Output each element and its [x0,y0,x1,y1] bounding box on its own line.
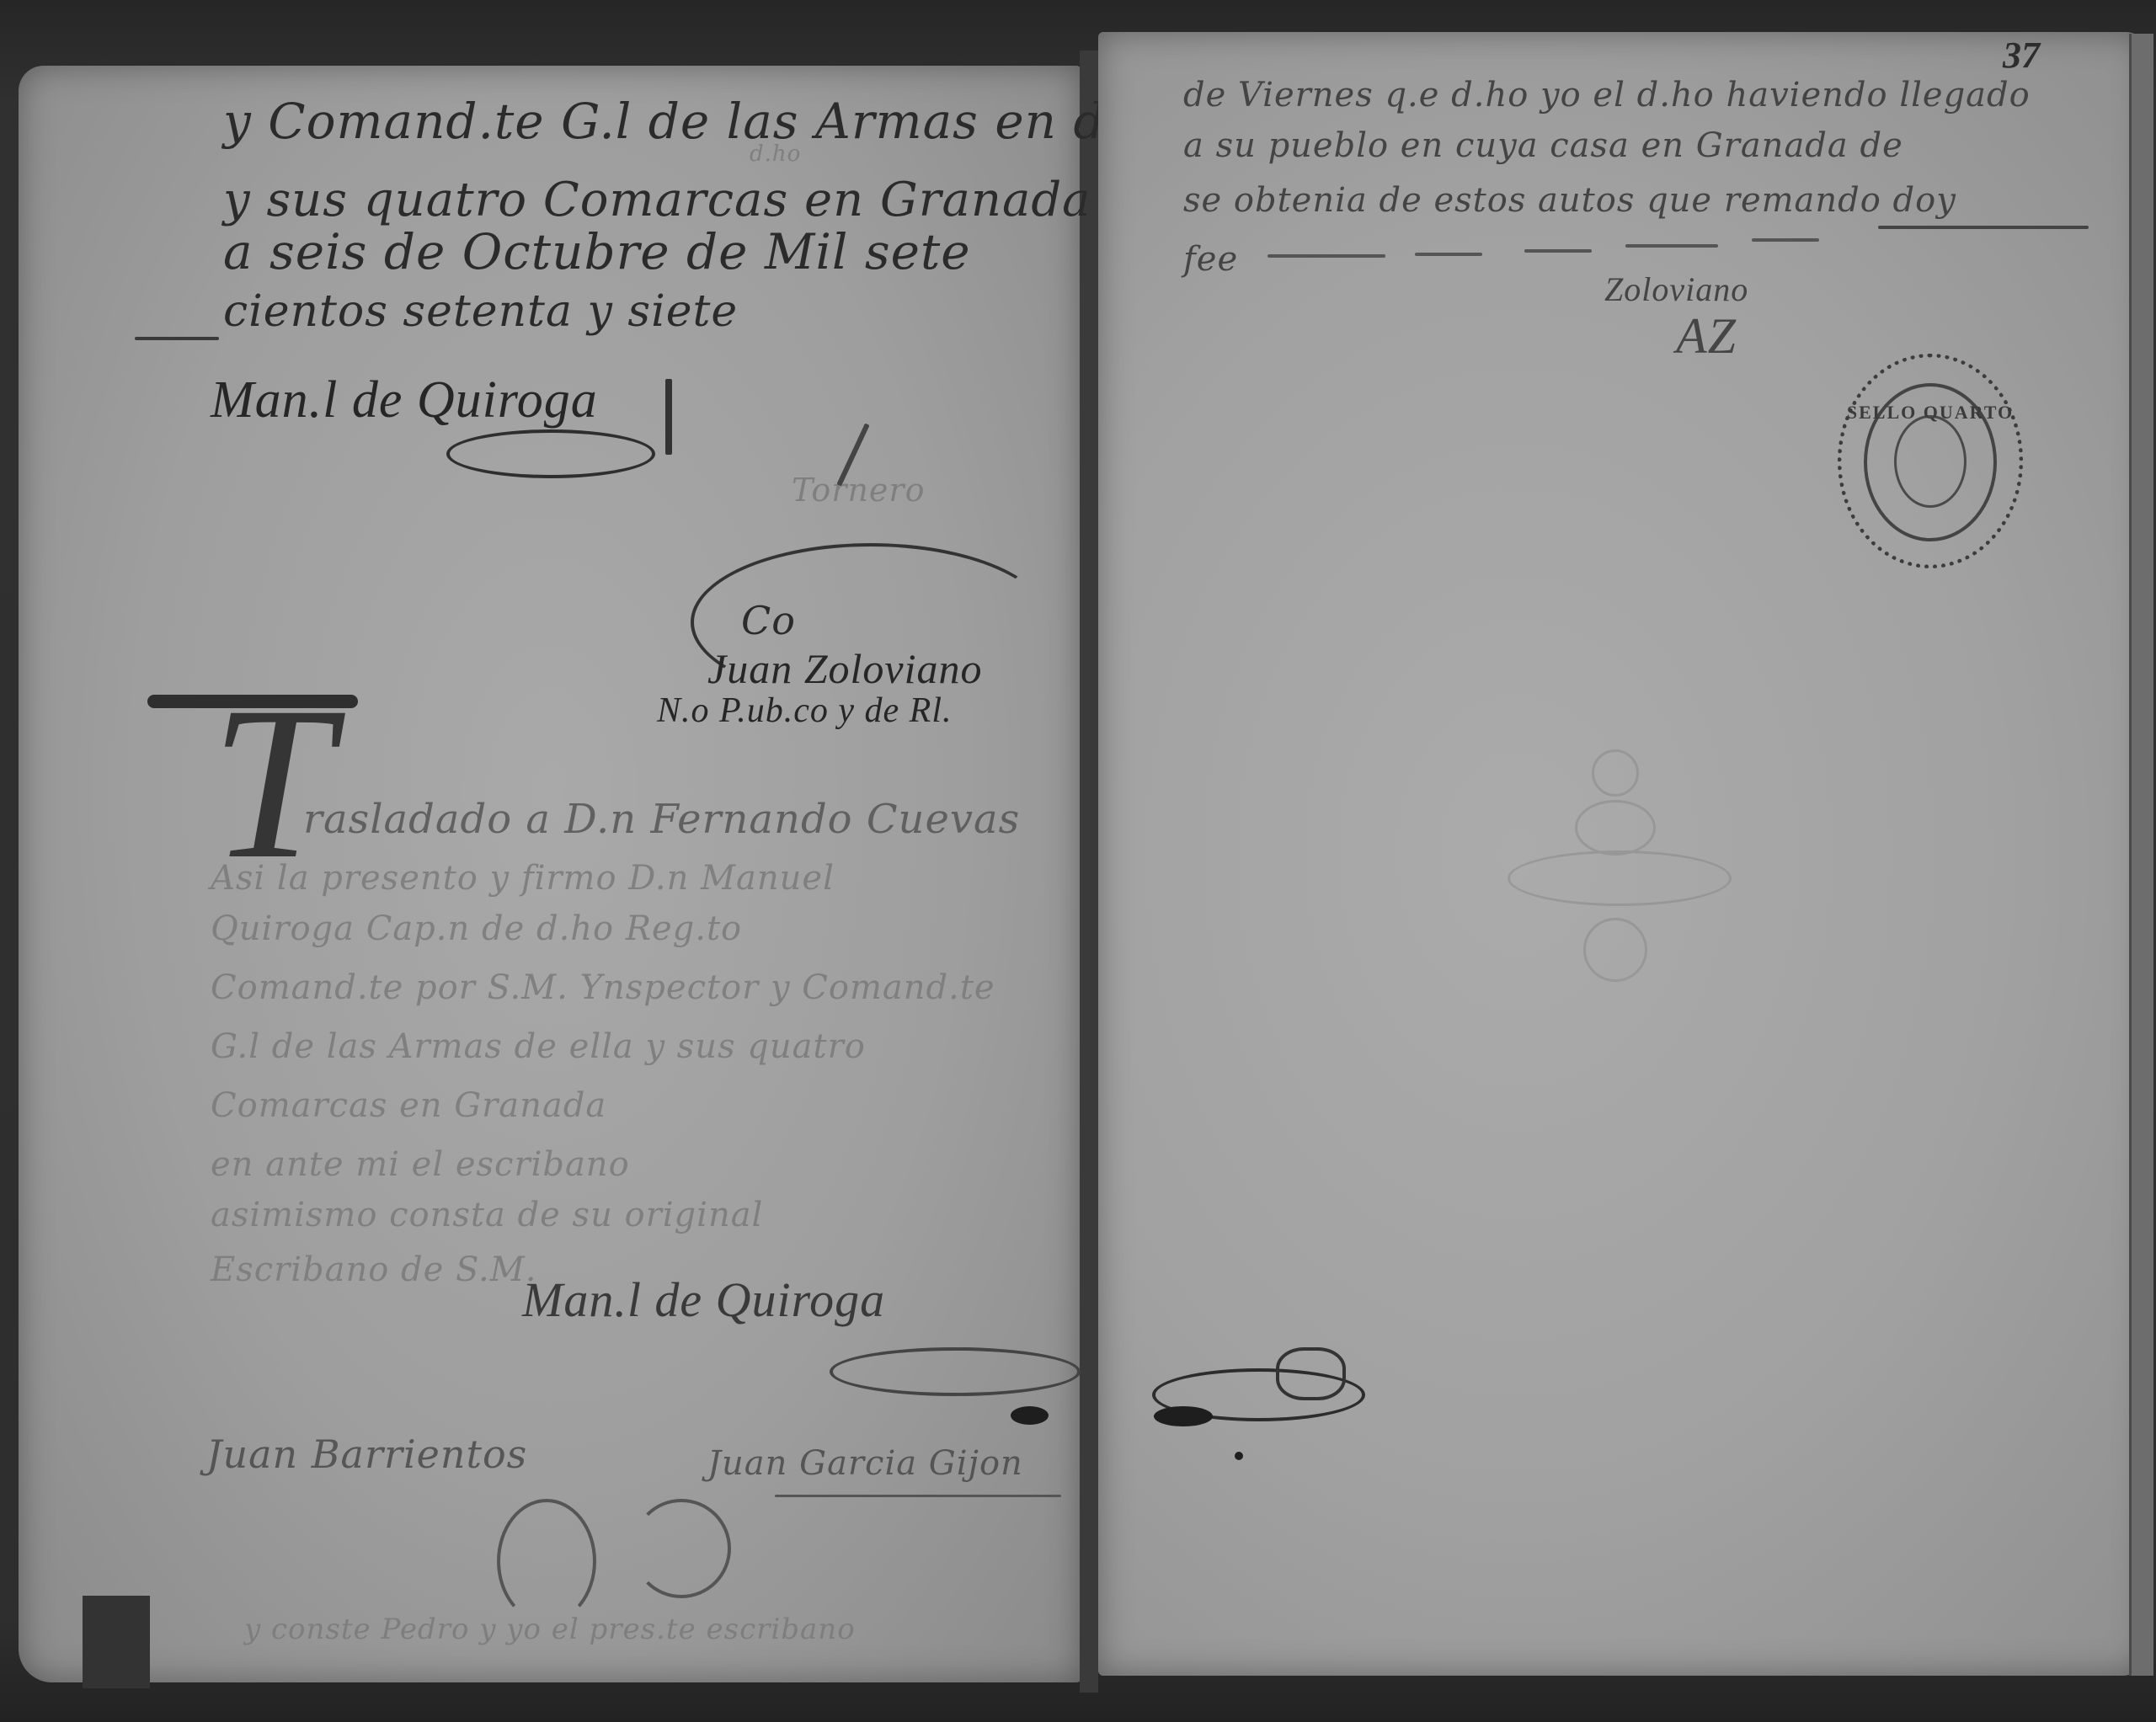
body-line-6: Comarcas en Granada [211,1086,606,1125]
fill-dash-3 [1524,249,1592,253]
right-page-edge [2129,34,2153,1676]
right-text-line-2: a su pueblo en cuya casa en Granada de [1183,126,1903,165]
body-line-7: en ante mi el escribano [211,1145,630,1184]
right-text-line-1: de Viernes q.e d.ho yo el d.ho haviendo … [1183,76,2031,115]
right-initials: AZ [1676,307,1737,365]
page-number: 37 [2003,34,2040,77]
stamp-seal-icon: SELLO QUARTO [1838,354,2023,568]
signature-rule [775,1495,1061,1497]
right-text-line-4: fee [1183,240,1238,279]
rubric-flourish-icon [446,429,655,478]
body-line-3: Quiroga Cap.n de d.ho Reg.to [211,909,742,948]
bottom-signature-1: Juan Barrientos [206,1431,527,1477]
fill-dash-4 [1625,244,1718,248]
right-signature-zoloviano: Zoloviano [1604,269,1748,309]
notary-prefix: Co [741,598,796,643]
paper-watermark [1508,749,1726,985]
signature-quiroga-bottom: Man.l de Quiroga [522,1272,885,1328]
ink-dot [1235,1452,1243,1460]
left-text-line-3: a seis de Octubre de Mil sete [223,223,971,280]
fill-dash-5 [1752,238,1819,242]
left-text-line-1: y Comand.te G.l de las Armas en d.ho [223,93,1184,150]
side-note-tornero: Tornero [792,472,925,509]
seal-legend: SELLO QUARTO [1842,402,2019,424]
notary-name: Juan Zoloviano [707,644,982,693]
rubric-vertical-mark [665,379,672,455]
notary-title: N.o P.ub.co y de Rl. [657,690,953,731]
signature-quiroga-top: Man.l de Quiroga [211,371,598,430]
ink-blot [1011,1406,1049,1425]
right-rubric-ink-blot [1154,1406,1213,1426]
bottom-flourish-1-icon [497,1499,596,1623]
rubric-flourish-2-icon [830,1347,1081,1396]
page-clip-shadow [83,1596,150,1688]
body-line-4: Comand.te por S.M. Ynspector y Comand.te [211,968,995,1007]
fill-dash-1 [1267,254,1385,258]
fill-dash-6 [1878,226,2089,229]
body-line-5: G.l de las Armas de ella y sus quatro [211,1027,866,1066]
body-line-8: asimismo consta de su original [211,1196,763,1234]
left-text-line-4: cientos setenta y siete [223,286,738,337]
seal-core-emblem [1894,415,1967,508]
body-line-9: Escribano de S.M. [211,1250,536,1289]
bottom-signature-2: Juan Garcia Gijon [707,1444,1023,1483]
body-line-2: Asi la presento y firmo D.n Manuel [211,859,835,898]
left-superscript-note: d.ho [750,141,801,167]
bottom-text-line: y conste Pedro y yo el pres.te escribano [244,1613,856,1646]
bottom-flourish-2-icon [632,1499,731,1598]
right-rubric-coil-icon [1276,1347,1346,1400]
book-gutter [1080,51,1098,1693]
body-line-1: rasladado a D.n Fernando Cuevas [303,796,1020,843]
fill-dash-2 [1415,253,1482,256]
line-end-dash [135,337,219,340]
left-text-line-2: y sus quatro Comarcas en Granada [223,173,1091,227]
right-text-line-3: se obtenia de estos autos que remando do… [1183,181,1956,220]
